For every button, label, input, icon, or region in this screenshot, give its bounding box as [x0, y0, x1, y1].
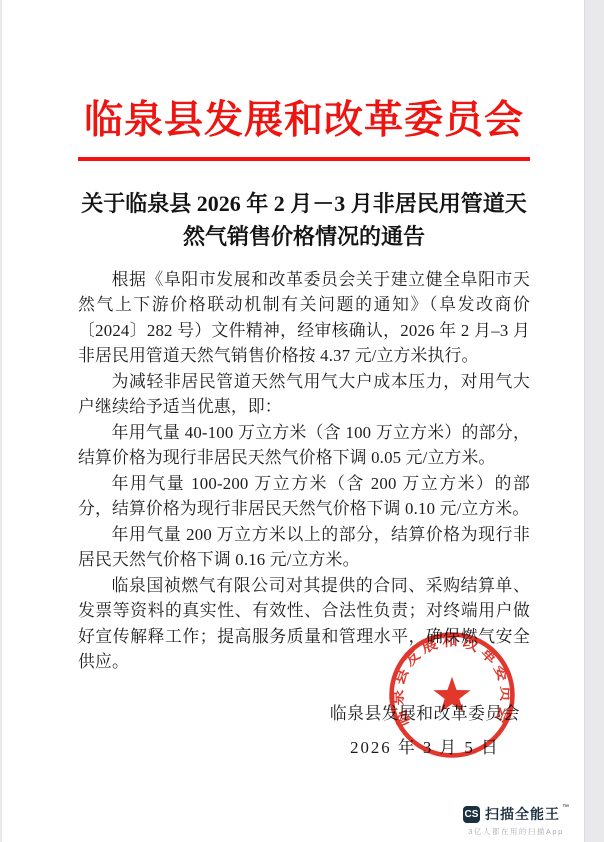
agency-letterhead: 临泉县发展和改革委员会: [78, 96, 530, 147]
signature-date: 2026 年 3 月 5 日: [330, 735, 520, 761]
scanned-page: 临泉县发展和改革委员会 关于临泉县 2026 年 2 月－3 月非居民用管道天然…: [0, 0, 604, 842]
letterhead-divider: [78, 157, 530, 161]
document-paper: 临泉县发展和改革委员会 关于临泉县 2026 年 2 月－3 月非居民用管道天然…: [2, 0, 585, 842]
document-body: 根据《阜阳市发展和改革委员会关于建立健全阜阳市天然气上下游价格联动机制有关问题的…: [78, 267, 530, 675]
trademark-symbol: ™: [562, 804, 569, 811]
scanner-brand-name: 扫描全能王: [485, 804, 560, 824]
camscanner-logo-icon: CS: [463, 806, 480, 823]
scanner-watermark: CS 扫描全能王 ™ 3亿人都在用的扫描App: [463, 804, 569, 837]
signature-block: 临泉县发展和改革委员会 2026 年 3 月 5 日: [78, 701, 530, 761]
scanner-watermark-row: CS 扫描全能王 ™: [463, 804, 569, 824]
scanner-tagline: 3亿人都在用的扫描App: [463, 826, 569, 837]
paragraph-discount-intro: 为减轻非居民管道天然气用气大户成本压力，对用气大户继续给予适当优惠，即：: [78, 369, 530, 420]
signature-inner: 临泉县发展和改革委员会 2026 年 3 月 5 日: [330, 701, 520, 761]
paragraph-tier-1: 年用气量 40-100 万立方米（含 100 万立方米）的部分，结算价格为现行非…: [78, 420, 530, 471]
document-content: 临泉县发展和改革委员会 关于临泉县 2026 年 2 月－3 月非居民用管道天然…: [78, 0, 530, 842]
paragraph-tier-3: 年用气量 200 万立方米以上的部分，结算价格为现行非居民天然气价格下调 0.1…: [78, 522, 530, 573]
signature-agency: 临泉县发展和改革委员会: [330, 701, 520, 727]
paragraph-basis: 根据《阜阳市发展和改革委员会关于建立健全阜阳市天然气上下游价格联动机制有关问题的…: [78, 267, 530, 369]
paragraph-responsibility: 临泉国祯燃气有限公司对其提供的合同、采购结算单、发票等资料的真实性、有效性、合法…: [78, 573, 530, 675]
document-title: 关于临泉县 2026 年 2 月－3 月非居民用管道天然气销售价格情况的通告: [78, 187, 530, 253]
paragraph-tier-2: 年用气量 100-200 万立方米（含 200 万立方米）的部分，结算价格为现行…: [78, 471, 530, 522]
